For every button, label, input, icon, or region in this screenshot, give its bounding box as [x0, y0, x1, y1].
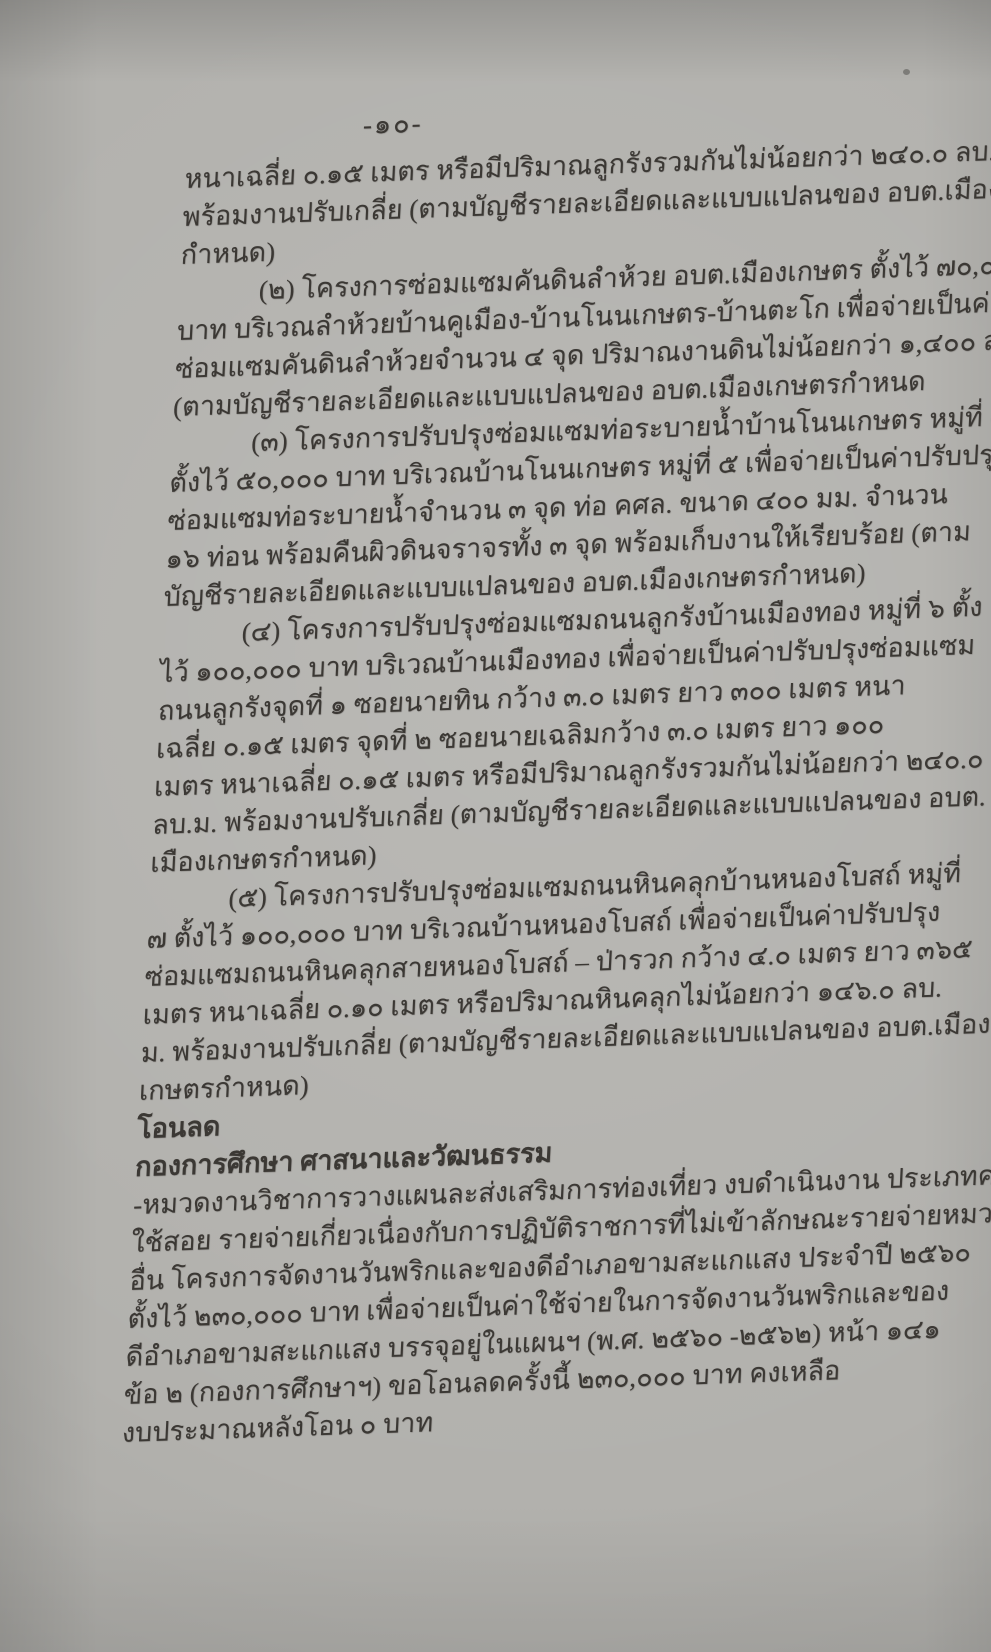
document-text: -๑๐- หนาเฉลี่ย ๐.๑๕ เมตร หรือมีปริมาณลูก…: [121, 86, 948, 1452]
document-photo: -๑๐- หนาเฉลี่ย ๐.๑๕ เมตร หรือมีปริมาณลูก…: [0, 0, 991, 1652]
dust-speck: [903, 69, 910, 75]
